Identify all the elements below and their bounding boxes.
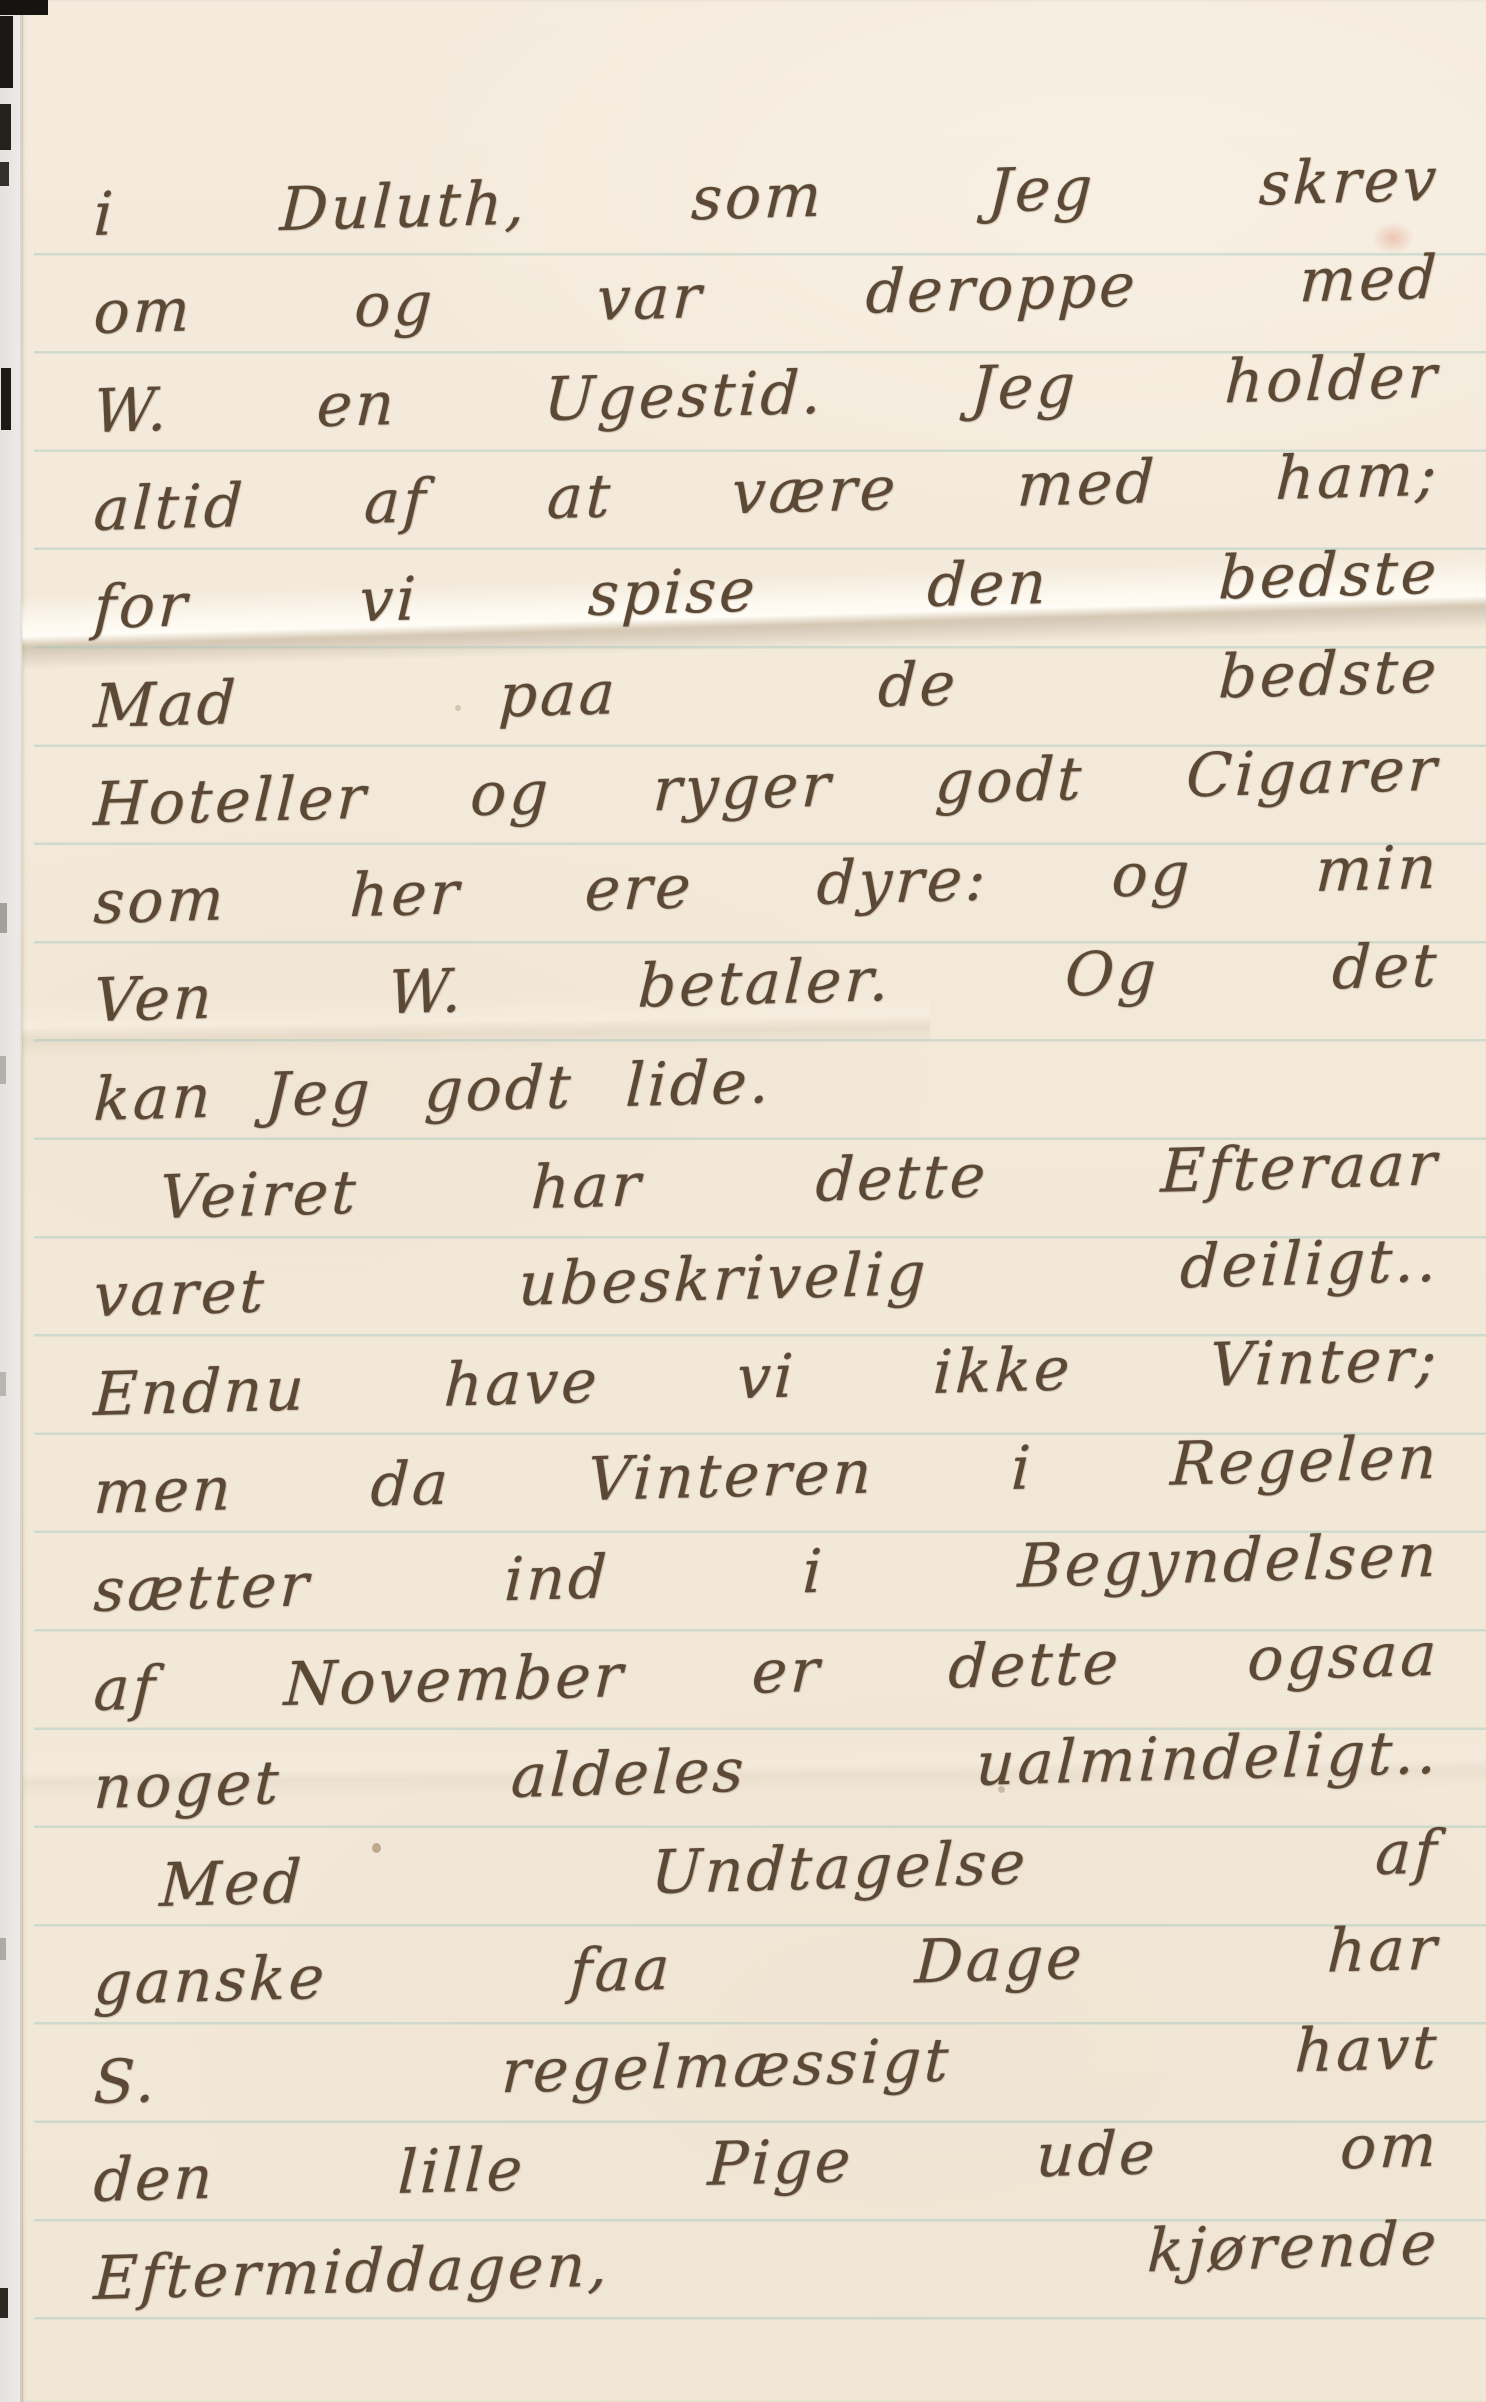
ink-fleck: [372, 1843, 381, 1853]
handwriting-line: Endnu have vi ikke Vinter;: [92, 1319, 1441, 1434]
scan-edge-mark: [0, 1056, 6, 1084]
paper-stain: [1372, 222, 1414, 254]
handwriting-line: Hoteller og ryger godt Cigarer: [92, 729, 1441, 844]
handwriting-line: den lille Pige ude om: [92, 2106, 1441, 2221]
handwriting-line: af November er dette ogsaa: [92, 1614, 1441, 1729]
handwriting-line: sætter ind i Begyndelsen: [92, 1516, 1441, 1631]
scan-edge-mark: [0, 1372, 6, 1396]
handwriting-layer: i Duluth, som Jeg skrevom og var deroppe…: [0, 0, 1486, 2402]
scan-edge-mark: [0, 104, 11, 150]
scanned-letter-screenshot: { "document": { "kind": "handwritten let…: [0, 0, 1486, 2402]
handwriting-line: W. en Ugestid. Jeg holder: [92, 336, 1441, 451]
scan-edge-mark: [0, 903, 7, 933]
scan-edge-mark: [0, 0, 48, 15]
scan-edge-mark: [0, 2288, 8, 2318]
ink-fleck: [455, 705, 461, 711]
handwriting-line: Ven W. betaler. Og det: [92, 926, 1441, 1041]
handwriting-line: Veiret har dette Efteraar: [158, 1124, 1441, 1238]
handwriting-line: Med Undtagelse af: [158, 1812, 1441, 1926]
handwriting-line: altid af at være med ham;: [92, 435, 1441, 550]
handwriting-line: i Duluth, som Jeg skrev: [92, 140, 1441, 255]
scan-edge-mark: [1, 368, 11, 430]
handwriting-line: varet ubeskrivelig deiligt..: [92, 1221, 1441, 1336]
handwriting-line: noget aldeles ualmindeligt..: [92, 1712, 1441, 1827]
handwriting-line: Mad paa de bedste: [92, 631, 1441, 746]
ink-fleck: [998, 1786, 1005, 1793]
scan-edge-mark: [0, 1938, 6, 1960]
handwriting-line: for vi spise den bedste: [92, 533, 1441, 648]
handwriting-line: Eftermiddagen, kjørende: [92, 2204, 1441, 2319]
handwriting-line: ganske faa Dage har: [92, 1909, 1441, 2024]
handwriting-line: kan Jeg godt lide.: [92, 1042, 774, 1140]
handwriting-line: om og var deroppe med: [92, 238, 1441, 353]
scan-edge-mark: [0, 16, 13, 88]
handwriting-line: som her ere dyre: og min: [92, 828, 1441, 943]
scan-edge-mark: [0, 162, 9, 186]
handwriting-line: S. regelmæssigt havt: [92, 2007, 1441, 2122]
handwriting-line: men da Vinteren i Regelen: [92, 1418, 1441, 1533]
